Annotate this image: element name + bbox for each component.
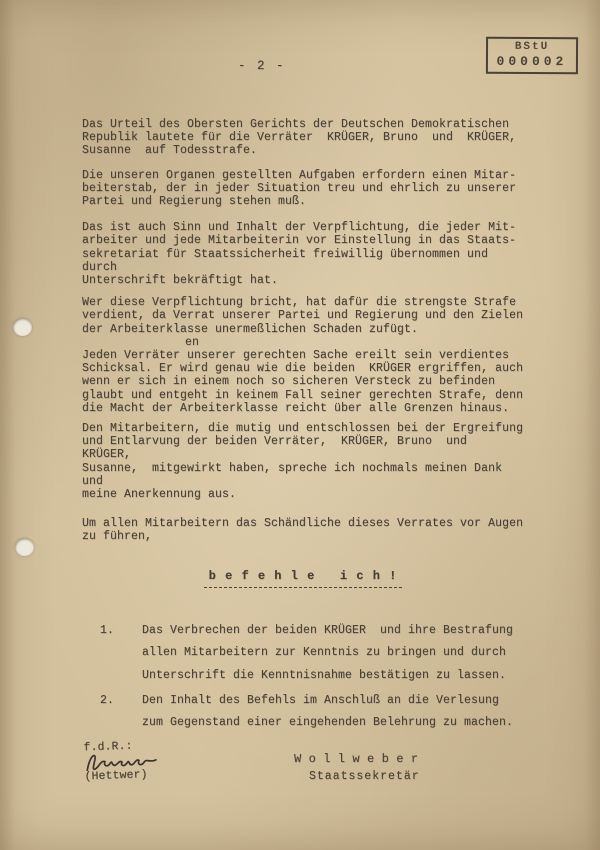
paragraph-verdict: Das Urteil des Obersten Gerichts der Deu… bbox=[82, 118, 524, 158]
list-item-1-text: Das Verbrechen der beiden KRÜGER und ihr… bbox=[142, 620, 524, 687]
order-heading: b e f e h l e i c h ! bbox=[204, 569, 403, 588]
list-item-2-number: 2. bbox=[82, 690, 142, 735]
hole-punch-bottom bbox=[15, 538, 34, 556]
hole-punch-top bbox=[13, 318, 32, 336]
list-item-2: 2. Den Inhalt des Befehls im Anschluß an… bbox=[82, 690, 524, 735]
signature-title: Staatssekretär bbox=[294, 768, 524, 785]
paragraph-acknowledgement: Den Mitarbeitern, die mutig und entschlo… bbox=[82, 422, 524, 501]
paragraph-organs-tasks: Die unseren Organen gestellten Aufgaben … bbox=[82, 169, 524, 209]
paragraph-traitor-fate: Jeden Verräter unserer gerechten Sache e… bbox=[82, 349, 524, 415]
list-item-1-number: 1. bbox=[82, 620, 142, 687]
bstu-stamp: BStU 000002 bbox=[486, 37, 578, 74]
signature-name: W o l l w e b e r bbox=[294, 751, 524, 768]
typed-insertion-correction: en bbox=[82, 336, 524, 349]
page-number: - 2 - bbox=[238, 59, 286, 73]
stamp-agency-label: BStU bbox=[488, 41, 576, 53]
signature-block: W o l l w e b e r Staatssekretär bbox=[294, 751, 524, 785]
certification-typed-name: (Hettwer) bbox=[84, 768, 162, 784]
stamp-serial-number: 000002 bbox=[488, 54, 576, 69]
document-body: Das Urteil des Obersten Gerichts der Deu… bbox=[82, 118, 524, 785]
list-item-2-text: Den Inhalt des Befehls im Anschluß an di… bbox=[142, 690, 524, 735]
paragraph-punishment: Wer diese Verpflichtung bricht, hat dafü… bbox=[82, 296, 524, 336]
document-page: - 2 - BStU 000002 Das Urteil des Oberste… bbox=[0, 0, 600, 850]
paragraph-purpose: Um allen Mitarbeitern das Schändliche di… bbox=[82, 517, 524, 543]
list-item-1: 1. Das Verbrechen der beiden KRÜGER und … bbox=[82, 620, 524, 687]
paragraph-obligation: Das ist auch Sinn und Inhalt der Verpfli… bbox=[82, 221, 524, 287]
order-heading-wrap: b e f e h l e i c h ! bbox=[82, 566, 524, 588]
certification-block: f.d.R.: (Hettwer) bbox=[83, 739, 162, 784]
